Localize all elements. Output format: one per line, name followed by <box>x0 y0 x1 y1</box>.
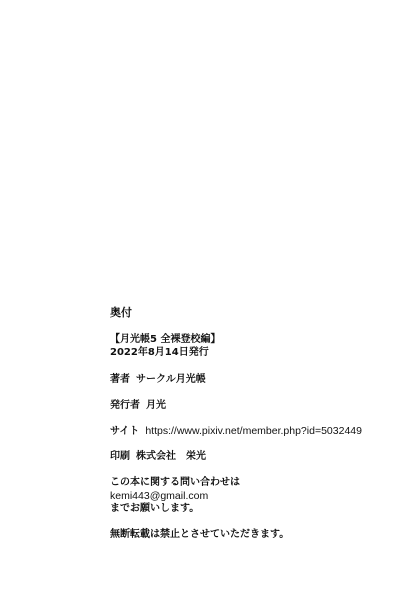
publisher-label: 発行者 <box>110 400 140 411</box>
contact-line-1: この本に関する問い合わせは <box>110 477 240 489</box>
site-label: サイト <box>110 426 139 437</box>
author-value: サークル月光帳 <box>136 374 206 385</box>
author-row: 著者サークル月光帳 <box>110 374 206 386</box>
publication-date: 2022年8月14日発行 <box>110 347 209 359</box>
colophon-heading: 奥付 <box>110 307 132 319</box>
site-row: サイトhttps://www.pixiv.net/member.php?id=5… <box>110 425 362 438</box>
book-title: 【月光帳5 全裸登校編】 <box>110 334 220 346</box>
contact-line-3: までお願いします。 <box>110 503 199 515</box>
publisher-row: 発行者月光 <box>110 400 166 412</box>
printer-row: 印刷株式会社 栄光 <box>110 451 206 463</box>
author-label: 著者 <box>110 374 130 385</box>
printer-label: 印刷 <box>110 451 130 462</box>
printer-value: 株式会社 栄光 <box>136 451 206 462</box>
publisher-value: 月光 <box>146 400 166 411</box>
contact-email: kemi443@gmail.com <box>110 490 208 502</box>
reprint-notice: 無断転載は禁止とさせていただきます。 <box>110 529 289 541</box>
site-url: https://www.pixiv.net/member.php?id=5032… <box>145 425 362 437</box>
